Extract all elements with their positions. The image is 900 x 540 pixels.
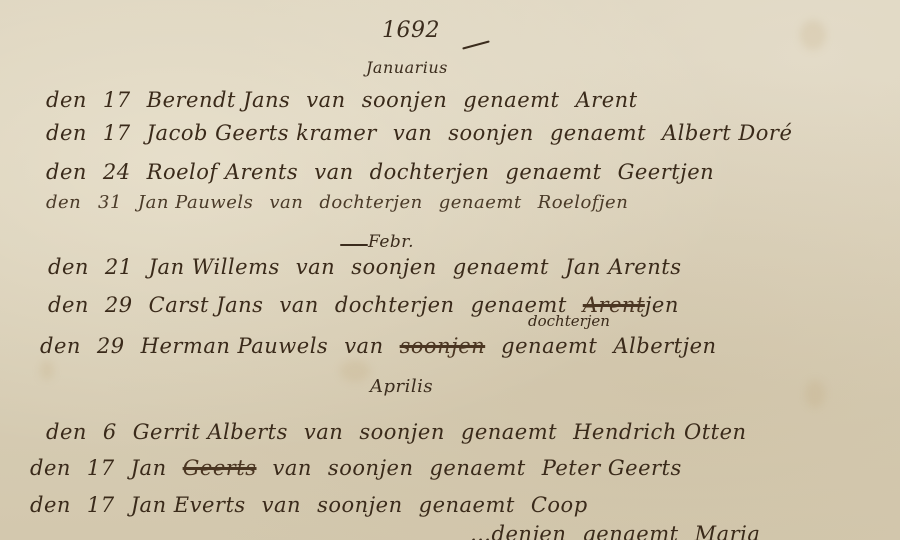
year-flourish [462,40,490,49]
entry-father: Berendt Jans [147,88,291,112]
paper-stain [40,360,54,380]
entry-prefix: den [30,493,71,517]
entry-day: 31 [98,192,122,213]
entry-child-type: soonjen [351,255,437,279]
entry-father: Roelof Arents [147,160,299,184]
entry-child-name: Geertjen [618,160,715,184]
entry-genaemt: genaemt [439,192,522,213]
entry-genaemt: genaemt [550,121,646,145]
month-flourish [340,244,368,246]
entry-child-type: dochterjen [370,160,490,184]
entry-child-name: Coop [531,493,588,517]
entry-van: van [296,255,335,279]
entry-child-name: Albertjen [613,334,716,358]
entry-van: van [306,88,345,112]
register-entry: den 31 Jan Pauwels van dochterjen genaem… [46,192,628,213]
entry-van: van [314,160,353,184]
entry-prefix: den [46,420,87,444]
entry-father: Jan [131,456,167,480]
entry-prefix: den [46,88,87,112]
month-heading-januarius: Januarius [366,58,448,77]
entry-van: van [344,334,383,358]
entry-child-name: Arent [575,88,637,112]
month-heading-aprilis: Aprilis [370,376,433,397]
entry-prefix: den [30,456,71,480]
entry-day: 17 [87,493,115,517]
entry-child-type: soonjen [448,121,534,145]
entry-child-type: dochterjen [335,293,455,317]
entry-genaemt: genaemt [582,522,678,540]
entry-day: 17 [87,456,115,480]
entry-child-name: Peter Geerts [542,456,682,480]
entry-van: van [304,420,343,444]
entry-father: Jan Pauwels [138,192,253,213]
year-heading: 1692 [382,18,440,43]
entry-child-name: Maria [695,522,761,540]
register-entry: den 17 Berendt Jans van soonjen genaemt … [46,88,638,112]
manuscript-page: 1692 Januarius den 17 Berendt Jans van s… [0,0,900,540]
entry-prefix: den [48,255,89,279]
entry-genaemt: genaemt [453,255,549,279]
inserted-correction: dochterjen [528,312,610,330]
register-entry: den 17 Jan Everts van soonjen genaemt Co… [30,493,588,517]
entry-child-name: Roelofjen [538,192,629,213]
entry-day: 17 [103,121,131,145]
register-entry: den 21 Jan Willems van soonjen genaemt J… [48,255,681,279]
entry-child-type: dochterjen [319,192,422,213]
register-entry: den 6 Gerrit Alberts van soonjen genaemt… [46,420,747,444]
struck-text: soonjen [400,334,486,358]
entry-prefix: den [40,334,81,358]
entry-child-type: soonjen [328,456,414,480]
entry-father: Gerrit Alberts [133,420,288,444]
entry-van: van [269,192,303,213]
entry-van: van [273,456,312,480]
entry-van: van [393,121,432,145]
entry-day: 6 [103,420,117,444]
entry-day: 29 [105,293,133,317]
register-entry: den 17 Jan Geerts van soonjen genaemt Pe… [30,456,682,480]
entry-child-type: soonjen [362,88,448,112]
entry-father: Jan Willems [149,255,280,279]
entry-van: van [279,293,318,317]
entry-father: Jacob Geerts kramer [147,121,377,145]
entry-van: van [262,493,301,517]
entry-day: 24 [103,160,131,184]
month-heading-febr: Febr. [368,232,414,252]
paper-stain [340,360,370,382]
register-entry: den 24 Roelof Arents van dochterjen gena… [46,160,714,184]
entry-genaemt: genaemt [501,334,597,358]
entry-day: 21 [105,255,133,279]
entry-child-name: Jan Arents [565,255,682,279]
register-entry: den 29 Herman Pauwels van soonjen genaem… [40,334,717,358]
entry-father: Herman Pauwels [141,334,329,358]
entry-prefix: den [46,160,87,184]
entry-father: Jan Everts [131,493,246,517]
paper-stain [805,380,825,408]
entry-prefix: den [46,121,87,145]
entry-prefix: den [48,293,89,317]
register-entry-partial: …denjen genaemt Maria [470,522,760,540]
entry-day: 29 [97,334,125,358]
entry-prefix: den [46,192,82,213]
entry-genaemt: genaemt [505,160,601,184]
entry-child-name: Albert Doré [662,121,792,145]
entry-child-name: Hendrich Otten [573,420,746,444]
entry-day: 17 [103,88,131,112]
entry-father: Carst Jans [149,293,264,317]
entry-child-type: soonjen [317,493,403,517]
paper-stain [800,20,826,50]
entry-child-type: soonjen [359,420,445,444]
entry-genaemt: genaemt [461,420,557,444]
register-entry: den 17 Jacob Geerts kramer van soonjen g… [46,121,792,145]
entry-genaemt: genaemt [429,456,525,480]
entry-child-type: …denjen [470,522,566,540]
entry-genaemt: genaemt [419,493,515,517]
entry-child-name: jen [645,293,679,317]
struck-text: Geerts [183,456,257,480]
entry-genaemt: genaemt [463,88,559,112]
